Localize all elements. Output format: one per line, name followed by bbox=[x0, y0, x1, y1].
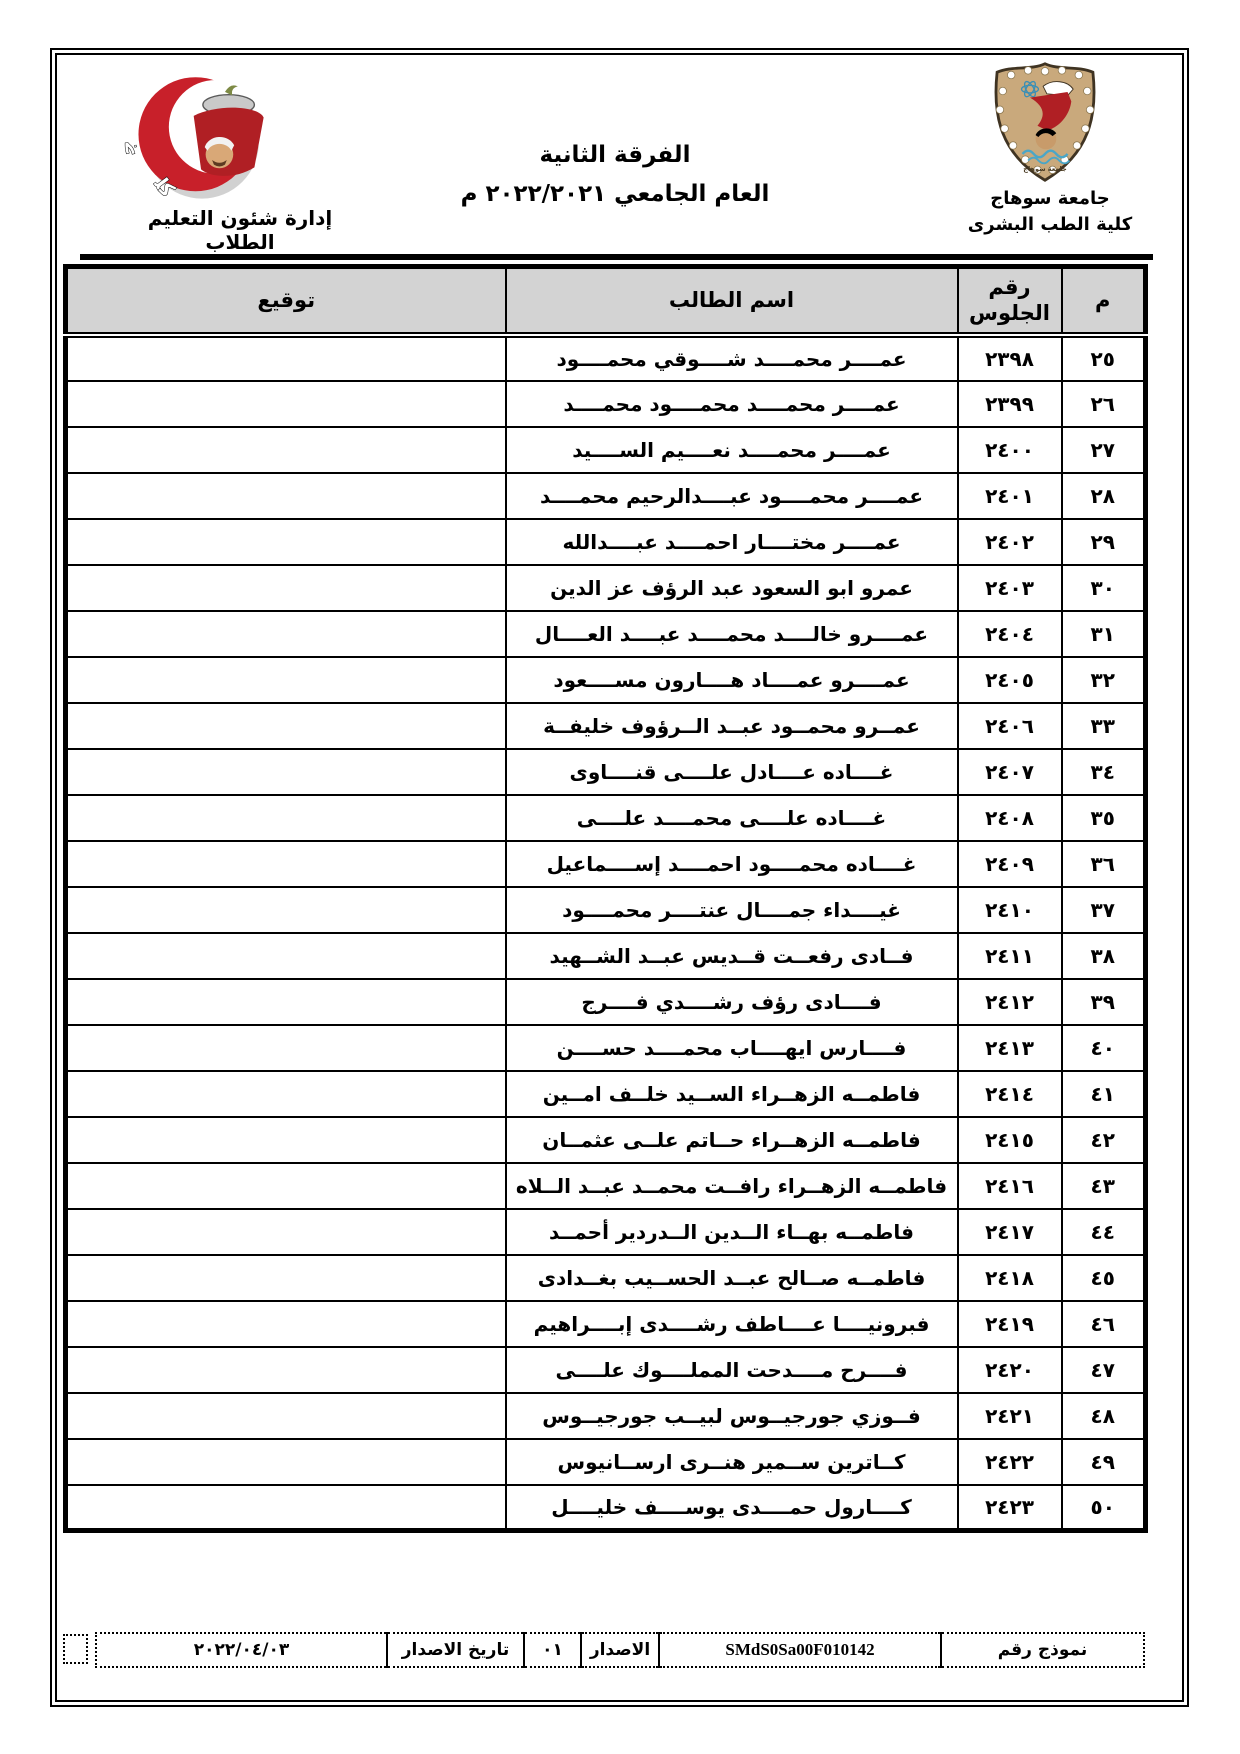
table-row: ٤٦ ٢٤١٩ فبرونيــــا عــــاطف رشــــدى إب… bbox=[66, 1301, 1146, 1347]
table-row: ٣٦ ٢٤٠٩ غــــاده محمــــود احمــــد إســ… bbox=[66, 841, 1146, 887]
university-shield-logo-icon: جامعة سوهاج bbox=[978, 60, 1112, 184]
table-row: ٥٠ ٢٤٢٣ كــــارول حمــــدى يوســــف خليـ… bbox=[66, 1485, 1146, 1531]
seat-number: ٢٤١١ bbox=[958, 933, 1062, 979]
table-row: ٣٢ ٢٤٠٥ عمــــرو عمــــاد هــــارون مســ… bbox=[66, 657, 1146, 703]
signature-cell bbox=[66, 1439, 506, 1485]
signature-cell bbox=[66, 1393, 506, 1439]
student-name: عمــرو محمــود عبــد الــرؤوف خليفــة bbox=[506, 703, 958, 749]
row-index: ٣٩ bbox=[1062, 979, 1146, 1025]
signature-cell bbox=[66, 841, 506, 887]
student-name: فــادى رفعــت قــديس عبــد الشــهيد bbox=[506, 933, 958, 979]
signature-cell bbox=[66, 979, 506, 1025]
row-index: ٤٦ bbox=[1062, 1301, 1146, 1347]
signature-cell bbox=[66, 565, 506, 611]
table-row: ٣١ ٢٤٠٤ عمــــرو خالــــد محمــــد عبـــ… bbox=[66, 611, 1146, 657]
table-body: ٢٥ ٢٣٩٨ عمــــر محمــــد شــــوقي محمـــ… bbox=[66, 335, 1146, 1531]
department-name: إدارة شئون التعليم الطلاب bbox=[110, 206, 370, 254]
signature-cell bbox=[66, 1347, 506, 1393]
seat-number: ٢٤٠٤ bbox=[958, 611, 1062, 657]
form-info-row: نموذج رقم SMdS0Sa00F010142 الاصدار ٠١ تا… bbox=[96, 1633, 1144, 1667]
form-number-value: SMdS0Sa00F010142 bbox=[659, 1633, 941, 1667]
column-header-student-name: اسم الطالب bbox=[506, 267, 958, 335]
seat-number: ٢٤٠٢ bbox=[958, 519, 1062, 565]
row-index: ٤٩ bbox=[1062, 1439, 1146, 1485]
row-index: ٤٨ bbox=[1062, 1393, 1146, 1439]
table-row: ٢٦ ٢٣٩٩ عمــــر محمــــد محمــــود محمــ… bbox=[66, 381, 1146, 427]
seat-number: ٢٤٠٥ bbox=[958, 657, 1062, 703]
table-row: ٣٤ ٢٤٠٧ غــــاده عــــادل علــــى قنــــ… bbox=[66, 749, 1146, 795]
student-name: فــــارس ايهــــاب محمــــد حســــن bbox=[506, 1025, 958, 1071]
row-index: ٣٧ bbox=[1062, 887, 1146, 933]
row-index: ٥٠ bbox=[1062, 1485, 1146, 1531]
row-index: ٣٥ bbox=[1062, 795, 1146, 841]
student-name: عمــــر مختــــار احمــــد عبــــدالله bbox=[506, 519, 958, 565]
row-index: ٤٤ bbox=[1062, 1209, 1146, 1255]
faculty-name: كلية الطب البشرى bbox=[930, 212, 1170, 238]
grade-title: الفرقة الثانية bbox=[400, 142, 830, 168]
seat-number: ٢٤١٧ bbox=[958, 1209, 1062, 1255]
svg-text:جامعة سوهاج: جامعة سوهاج bbox=[108, 68, 140, 159]
signature-cell bbox=[66, 473, 506, 519]
student-name: فاطمــه الزهــراء الســيد خلــف امــين bbox=[506, 1071, 958, 1117]
table-row: ٢٨ ٢٤٠١ عمــــر محمــــود عبــــدالرحيم … bbox=[66, 473, 1146, 519]
faculty-crescent-logo-icon: جامعة سوهاج كلية الطب bbox=[108, 68, 318, 206]
signature-cell bbox=[66, 1209, 506, 1255]
signature-cell bbox=[66, 887, 506, 933]
student-name: عمــــر محمــــد محمــــود محمــــد bbox=[506, 381, 958, 427]
student-name: غيــــداء جمــــال عنتــــر محمــــود bbox=[506, 887, 958, 933]
seat-number: ٢٤٢٠ bbox=[958, 1347, 1062, 1393]
student-name: فــــادى رؤف رشــــدي فــــرج bbox=[506, 979, 958, 1025]
row-index: ٢٩ bbox=[1062, 519, 1146, 565]
signature-cell bbox=[66, 381, 506, 427]
row-index: ٤١ bbox=[1062, 1071, 1146, 1117]
row-index: ٢٥ bbox=[1062, 335, 1146, 381]
row-index: ٤٧ bbox=[1062, 1347, 1146, 1393]
signature-cell bbox=[66, 1117, 506, 1163]
table-row: ٣٥ ٢٤٠٨ غــــاده علــــى محمــــد علــــ… bbox=[66, 795, 1146, 841]
university-name-block: جامعة سوهاج كلية الطب البشرى bbox=[930, 186, 1170, 238]
issue-value: ٠١ bbox=[524, 1633, 581, 1667]
university-name: جامعة سوهاج bbox=[930, 186, 1170, 212]
signature-cell bbox=[66, 427, 506, 473]
table-header-row: م رقم الجلوس اسم الطالب توقيع bbox=[66, 267, 1146, 335]
signature-cell bbox=[66, 933, 506, 979]
table-row: ٤٤ ٢٤١٧ فاطمــه بهــاء الــدين الــدردير… bbox=[66, 1209, 1146, 1255]
student-name: كــاترين ســمير هنــرى ارســانيوس bbox=[506, 1439, 958, 1485]
issue-date-value: ٢٠٢٢/٠٤/٠٣ bbox=[96, 1633, 387, 1667]
form-info-table: نموذج رقم SMdS0Sa00F010142 الاصدار ٠١ تا… bbox=[95, 1632, 1145, 1668]
table-row: ٢٩ ٢٤٠٢ عمــــر مختــــار احمــــد عبـــ… bbox=[66, 519, 1146, 565]
signature-cell bbox=[66, 795, 506, 841]
title-block: الفرقة الثانية العام الجامعي ٢٠٢٢/٢٠٢١ م bbox=[400, 142, 830, 207]
student-name: غــــاده محمــــود احمــــد إســــماعيل bbox=[506, 841, 958, 887]
row-index: ٣٦ bbox=[1062, 841, 1146, 887]
row-index: ٣٢ bbox=[1062, 657, 1146, 703]
seat-number: ٢٤٠٦ bbox=[958, 703, 1062, 749]
row-index: ٤٢ bbox=[1062, 1117, 1146, 1163]
signature-cell bbox=[66, 1301, 506, 1347]
table-row: ٣٠ ٢٤٠٣ عمرو ابو السعود عبد الرؤف عز الد… bbox=[66, 565, 1146, 611]
seat-number: ٢٤٠٨ bbox=[958, 795, 1062, 841]
signature-cell bbox=[66, 1255, 506, 1301]
document-page: جامعة سوهاج كلية الطب إدارة شئون التعليم… bbox=[0, 0, 1240, 1754]
signature-cell bbox=[66, 335, 506, 381]
row-index: ٤٠ bbox=[1062, 1025, 1146, 1071]
row-index: ٢٨ bbox=[1062, 473, 1146, 519]
row-index: ٣١ bbox=[1062, 611, 1146, 657]
seat-number: ٢٤٠١ bbox=[958, 473, 1062, 519]
table-row: ٤٩ ٢٤٢٢ كــاترين ســمير هنــرى ارســانيو… bbox=[66, 1439, 1146, 1485]
crescent-top-text: جامعة سوهاج bbox=[108, 68, 140, 159]
seat-number: ٢٣٩٨ bbox=[958, 335, 1062, 381]
row-index: ٢٦ bbox=[1062, 381, 1146, 427]
table-row: ٤١ ٢٤١٤ فاطمــه الزهــراء الســيد خلــف … bbox=[66, 1071, 1146, 1117]
signature-cell bbox=[66, 519, 506, 565]
row-index: ٣٣ bbox=[1062, 703, 1146, 749]
issue-label: الاصدار bbox=[581, 1633, 659, 1667]
student-name: فبرونيــــا عــــاطف رشــــدى إبــــراهي… bbox=[506, 1301, 958, 1347]
seat-number: ٢٤١٥ bbox=[958, 1117, 1062, 1163]
table-row: ٢٥ ٢٣٩٨ عمــــر محمــــد شــــوقي محمـــ… bbox=[66, 335, 1146, 381]
student-name: فاطمــه صــالح عبــد الحســيب بغــدادى bbox=[506, 1255, 958, 1301]
row-index: ٣٨ bbox=[1062, 933, 1146, 979]
seat-number: ٢٤٠٩ bbox=[958, 841, 1062, 887]
row-index: ٣٤ bbox=[1062, 749, 1146, 795]
student-name: كــــارول حمــــدى يوســــف خليــــل bbox=[506, 1485, 958, 1531]
table-row: ٤٧ ٢٤٢٠ فــــرح مــــدحت المملــــوك علـ… bbox=[66, 1347, 1146, 1393]
issue-date-label: تاريخ الاصدار bbox=[387, 1633, 524, 1667]
seat-number: ٢٤١٨ bbox=[958, 1255, 1062, 1301]
signature-cell bbox=[66, 1071, 506, 1117]
table-row: ٣٣ ٢٤٠٦ عمــرو محمــود عبــد الــرؤوف خل… bbox=[66, 703, 1146, 749]
table-row: ٤٨ ٢٤٢١ فــوزي جورجيــوس لبيــب جورجيــو… bbox=[66, 1393, 1146, 1439]
table-row: ٣٧ ٢٤١٠ غيــــداء جمــــال عنتــــر محمـ… bbox=[66, 887, 1146, 933]
student-name: عمــــر محمــــد نعــــيم الســــيد bbox=[506, 427, 958, 473]
seat-number: ٢٤١٤ bbox=[958, 1071, 1062, 1117]
seat-number: ٢٤٢١ bbox=[958, 1393, 1062, 1439]
table-row: ٤٠ ٢٤١٣ فــــارس ايهــــاب محمــــد حســ… bbox=[66, 1025, 1146, 1071]
student-name: عمــــرو عمــــاد هــــارون مســــعود bbox=[506, 657, 958, 703]
signature-cell bbox=[66, 749, 506, 795]
column-header-signature: توقيع bbox=[66, 267, 506, 335]
table-row: ٢٧ ٢٤٠٠ عمــــر محمــــد نعــــيم الســـ… bbox=[66, 427, 1146, 473]
seat-number: ٢٤١٦ bbox=[958, 1163, 1062, 1209]
table-row: ٣٨ ٢٤١١ فــادى رفعــت قــديس عبــد الشــ… bbox=[66, 933, 1146, 979]
seat-number: ٢٣٩٩ bbox=[958, 381, 1062, 427]
row-index: ٢٧ bbox=[1062, 427, 1146, 473]
seat-number: ٢٤١٠ bbox=[958, 887, 1062, 933]
student-name: فاطمــه الزهــراء رافــت محمــد عبــد ال… bbox=[506, 1163, 958, 1209]
student-name: عمــــر محمــــود عبــــدالرحيم محمــــد bbox=[506, 473, 958, 519]
signature-cell bbox=[66, 703, 506, 749]
seat-number: ٢٤١٣ bbox=[958, 1025, 1062, 1071]
table-row: ٤٢ ٢٤١٥ فاطمــه الزهــراء حــاتم علــى ع… bbox=[66, 1117, 1146, 1163]
student-name: فاطمــه الزهــراء حــاتم علــى عثمــان bbox=[506, 1117, 958, 1163]
table-row: ٤٥ ٢٤١٨ فاطمــه صــالح عبــد الحســيب بغ… bbox=[66, 1255, 1146, 1301]
svg-text:جامعة سوهاج: جامعة سوهاج bbox=[1023, 165, 1067, 173]
column-header-index: م bbox=[1062, 267, 1146, 335]
signature-cell bbox=[66, 657, 506, 703]
student-name: غــــاده عــــادل علــــى قنــــاوى bbox=[506, 749, 958, 795]
seat-number: ٢٤١٢ bbox=[958, 979, 1062, 1025]
student-name: عمــــر محمــــد شــــوقي محمــــود bbox=[506, 335, 958, 381]
student-name: فاطمــه بهــاء الــدين الــدردير أحمــد bbox=[506, 1209, 958, 1255]
column-header-seat-number: رقم الجلوس bbox=[958, 267, 1062, 335]
footer-corner-box bbox=[63, 1634, 88, 1664]
student-roster-table: م رقم الجلوس اسم الطالب توقيع ٢٥ ٢٣٩٨ عم… bbox=[63, 264, 1148, 1533]
signature-cell bbox=[66, 611, 506, 657]
seat-number: ٢٤٢٣ bbox=[958, 1485, 1062, 1531]
academic-year-title: العام الجامعي ٢٠٢٢/٢٠٢١ م bbox=[400, 181, 830, 207]
signature-cell bbox=[66, 1163, 506, 1209]
seat-number: ٢٤٠٣ bbox=[958, 565, 1062, 611]
student-name: غــــاده علــــى محمــــد علــــى bbox=[506, 795, 958, 841]
row-index: ٣٠ bbox=[1062, 565, 1146, 611]
seat-number: ٢٤١٩ bbox=[958, 1301, 1062, 1347]
row-index: ٤٥ bbox=[1062, 1255, 1146, 1301]
signature-cell bbox=[66, 1025, 506, 1071]
student-name: فــوزي جورجيــوس لبيــب جورجيــوس bbox=[506, 1393, 958, 1439]
signature-cell bbox=[66, 1485, 506, 1531]
student-name: فــــرح مــــدحت المملــــوك علــــى bbox=[506, 1347, 958, 1393]
form-number-label: نموذج رقم bbox=[941, 1633, 1144, 1667]
table-row: ٣٩ ٢٤١٢ فــــادى رؤف رشــــدي فــــرج bbox=[66, 979, 1146, 1025]
seat-number: ٢٤٠٧ bbox=[958, 749, 1062, 795]
table-row: ٤٣ ٢٤١٦ فاطمــه الزهــراء رافــت محمــد … bbox=[66, 1163, 1146, 1209]
row-index: ٤٣ bbox=[1062, 1163, 1146, 1209]
header-divider bbox=[80, 254, 1153, 260]
student-name: عمــــرو خالــــد محمــــد عبــــد العــ… bbox=[506, 611, 958, 657]
seat-number: ٢٤٢٢ bbox=[958, 1439, 1062, 1485]
seat-number: ٢٤٠٠ bbox=[958, 427, 1062, 473]
student-name: عمرو ابو السعود عبد الرؤف عز الدين bbox=[506, 565, 958, 611]
